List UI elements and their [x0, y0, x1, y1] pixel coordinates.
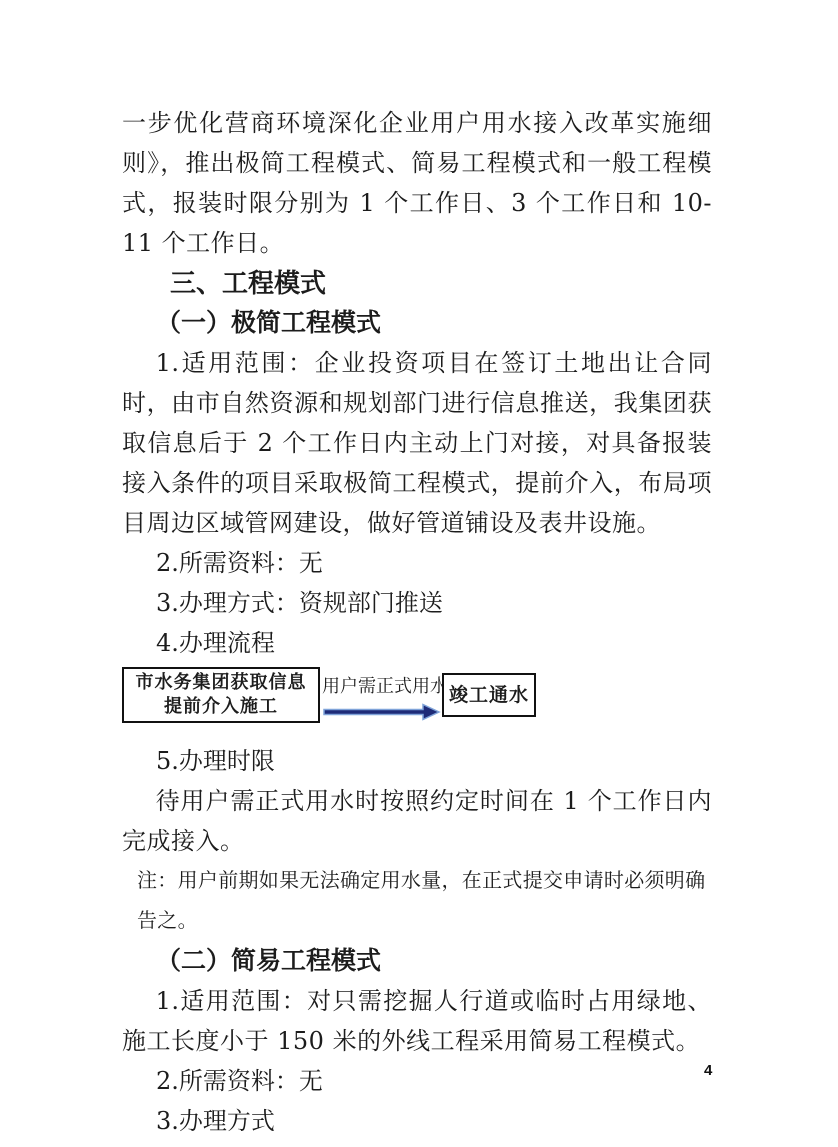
flowchart-start-box: 市水务集团获取信息 提前介入施工 [122, 667, 320, 723]
minimal-mode-scope-paragraph: 1.适用范围：企业投资项目在签订土地出让合同时，由市自然资源和规划部门进行信息推… [122, 343, 712, 543]
document-page: 一步优化营商环境深化企业用户用水接入改革实施细则》，推出极简工程模式、简易工程模… [0, 0, 838, 1147]
flowchart-start-box-line1: 市水务集团获取信息 [136, 671, 307, 695]
minimal-mode-materials-line: 2.所需资料：无 [122, 543, 712, 583]
flowchart-end-box: 竣工通水 [442, 673, 536, 717]
simple-mode-method-line: 3.办理方式 [122, 1101, 712, 1141]
minimal-mode-method-line: 3.办理方式：资规部门推送 [122, 583, 712, 623]
flowchart-start-box-line2: 提前介入施工 [164, 695, 278, 719]
page-number: 4 [704, 1062, 712, 1079]
simple-mode-materials-line: 2.所需资料：无 [122, 1061, 712, 1101]
flowchart-arrow-label: 用户需正式用水 [322, 675, 440, 699]
subsection-heading-minimal-mode: （一）极简工程模式 [122, 303, 712, 343]
intro-paragraph: 一步优化营商环境深化企业用户用水接入改革实施细则》，推出极简工程模式、简易工程模… [122, 103, 712, 263]
minimal-mode-timelimit-line: 5.办理时限 [122, 741, 712, 781]
subsection-heading-simple-mode: （二）简易工程模式 [122, 941, 712, 981]
simple-mode-scope-paragraph: 1.适用范围：对只需挖掘人行道或临时占用绿地、施工长度小于 150 米的外线工程… [122, 981, 712, 1061]
flow-arrow-icon [323, 702, 441, 722]
flowchart-end-box-label: 竣工通水 [449, 683, 529, 707]
process-flowchart: 市水务集团获取信息 提前介入施工 用户需正式用水 竣工通水 [122, 667, 712, 727]
section-heading-project-modes: 三、工程模式 [122, 263, 712, 303]
minimal-mode-timelimit-paragraph: 待用户需正式用水时按照约定时间在 1 个工作日内完成接入。 [122, 781, 712, 861]
minimal-mode-process-line: 4.办理流程 [122, 623, 712, 663]
note-line: 注：用户前期如果无法确定用水量，在正式提交申请时必须明确告之。 [122, 861, 712, 941]
